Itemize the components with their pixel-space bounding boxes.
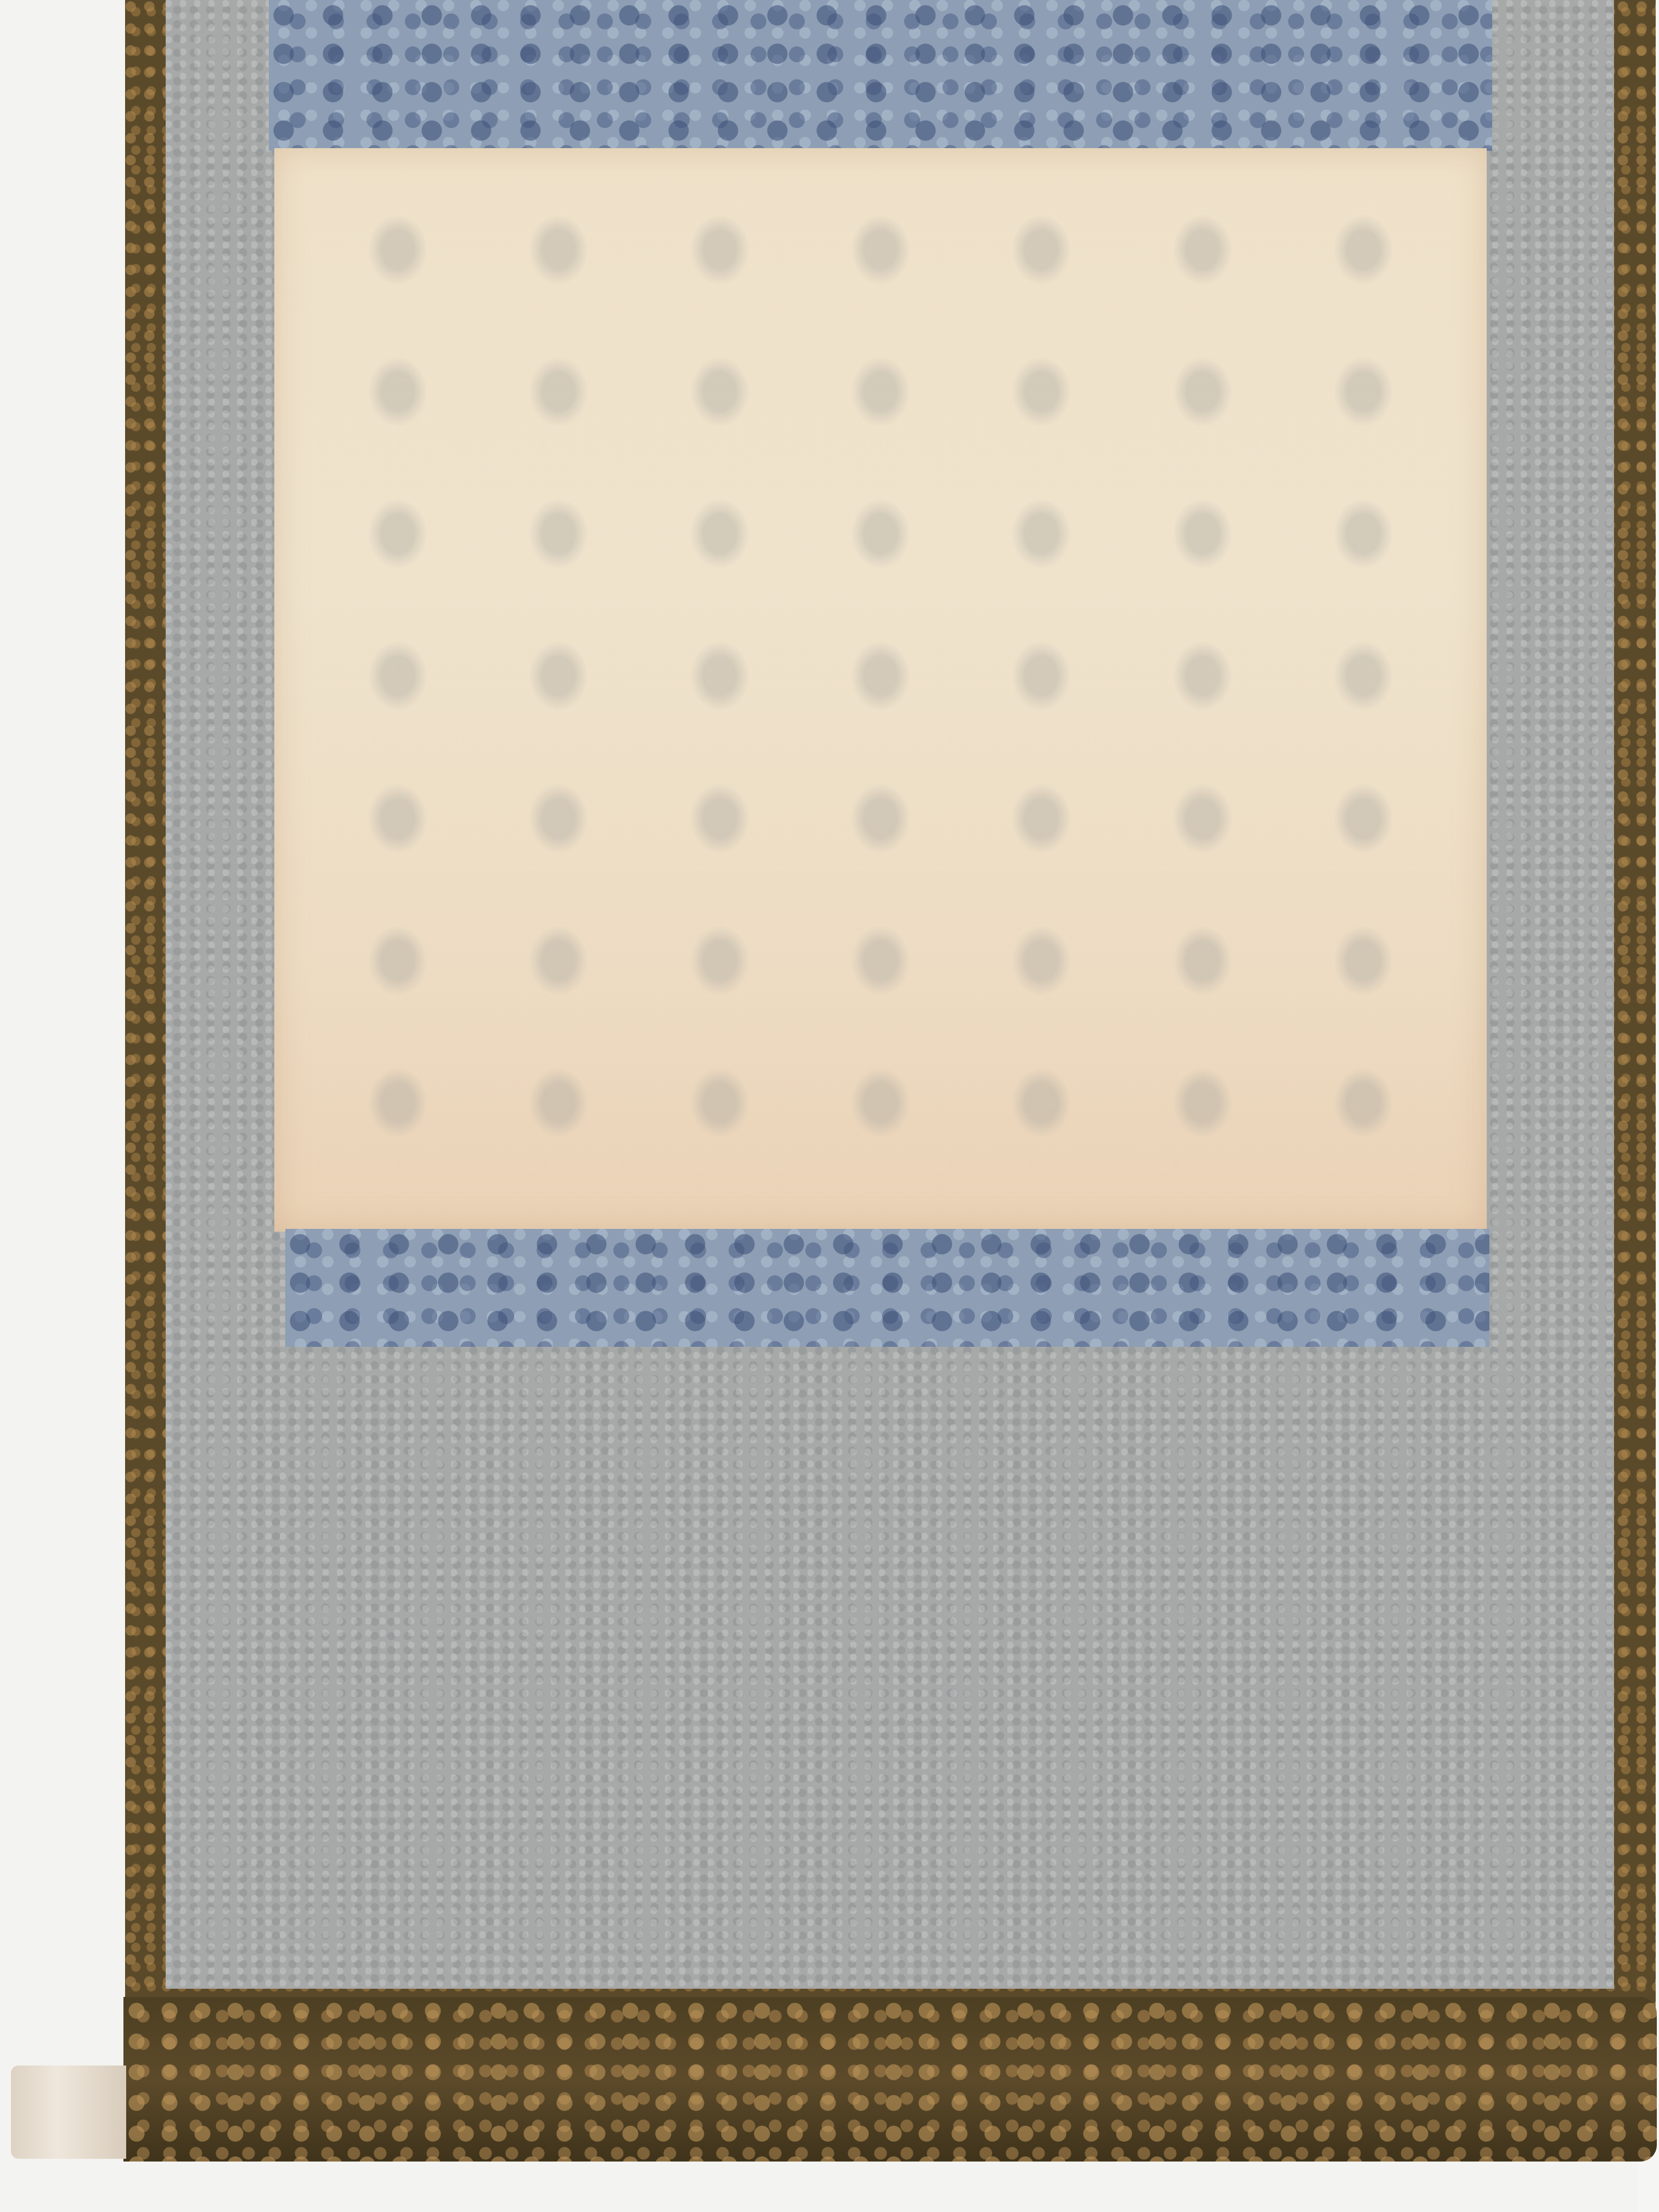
faded-glyph	[1011, 925, 1071, 996]
faded-glyph	[1333, 640, 1393, 712]
faded-glyph	[1172, 640, 1233, 712]
faded-glyph	[1333, 356, 1393, 427]
faded-glyph	[690, 214, 750, 285]
faded-glyph	[528, 1067, 589, 1138]
calligraphy-column	[1322, 214, 1404, 1138]
faded-glyph	[1333, 498, 1393, 569]
faded-glyph	[690, 356, 750, 427]
faded-glyph	[1333, 214, 1393, 285]
lower-blue-brocade-band	[285, 1229, 1489, 1347]
calligraphy-column	[1000, 214, 1082, 1138]
faded-glyph	[368, 498, 428, 569]
faded-glyph	[690, 925, 750, 996]
faded-glyph	[528, 356, 589, 427]
faded-glyph	[850, 356, 911, 427]
faded-glyph	[368, 356, 428, 427]
roller-end-knob	[11, 2066, 126, 2159]
scroll-roller	[123, 1997, 1657, 2162]
faded-glyph	[1172, 925, 1233, 996]
faded-glyph	[368, 1067, 428, 1138]
faded-glyph	[1333, 925, 1393, 996]
calligraphy-column	[1161, 214, 1244, 1138]
calligraphy-columns	[357, 214, 1404, 1138]
faded-glyph	[528, 640, 589, 712]
faded-glyph	[1333, 1067, 1393, 1138]
faded-glyph	[368, 640, 428, 712]
calligraphy-column	[839, 214, 922, 1138]
faded-glyph	[528, 925, 589, 996]
faded-glyph	[1172, 783, 1233, 854]
faded-glyph	[368, 214, 428, 285]
faded-glyph	[690, 640, 750, 712]
faded-glyph	[1011, 356, 1071, 427]
faded-glyph	[1172, 214, 1233, 285]
faded-glyph	[528, 783, 589, 854]
faded-glyph	[368, 925, 428, 996]
upper-blue-brocade-band	[269, 0, 1492, 151]
faded-glyph	[1172, 1067, 1233, 1138]
faded-glyph	[528, 214, 589, 285]
faded-glyph	[850, 925, 911, 996]
faded-glyph	[1333, 783, 1393, 854]
faded-glyph	[1011, 783, 1071, 854]
faded-glyph	[690, 783, 750, 854]
faded-glyph	[850, 783, 911, 854]
faded-glyph	[1011, 214, 1071, 285]
faded-glyph	[1011, 498, 1071, 569]
faded-glyph	[1172, 498, 1233, 569]
faded-glyph	[850, 640, 911, 712]
faded-glyph	[368, 783, 428, 854]
faded-glyph	[690, 1067, 750, 1138]
faded-glyph	[690, 498, 750, 569]
faded-glyph	[850, 498, 911, 569]
faded-glyph	[850, 214, 911, 285]
calligraphy-column	[517, 214, 600, 1138]
calligraphy-artwork	[274, 148, 1487, 1232]
calligraphy-column	[357, 214, 439, 1138]
faded-glyph	[1011, 640, 1071, 712]
faded-glyph	[528, 498, 589, 569]
faded-glyph	[850, 1067, 911, 1138]
calligraphy-column	[679, 214, 761, 1138]
faded-glyph	[1011, 1067, 1071, 1138]
faded-glyph	[1172, 356, 1233, 427]
